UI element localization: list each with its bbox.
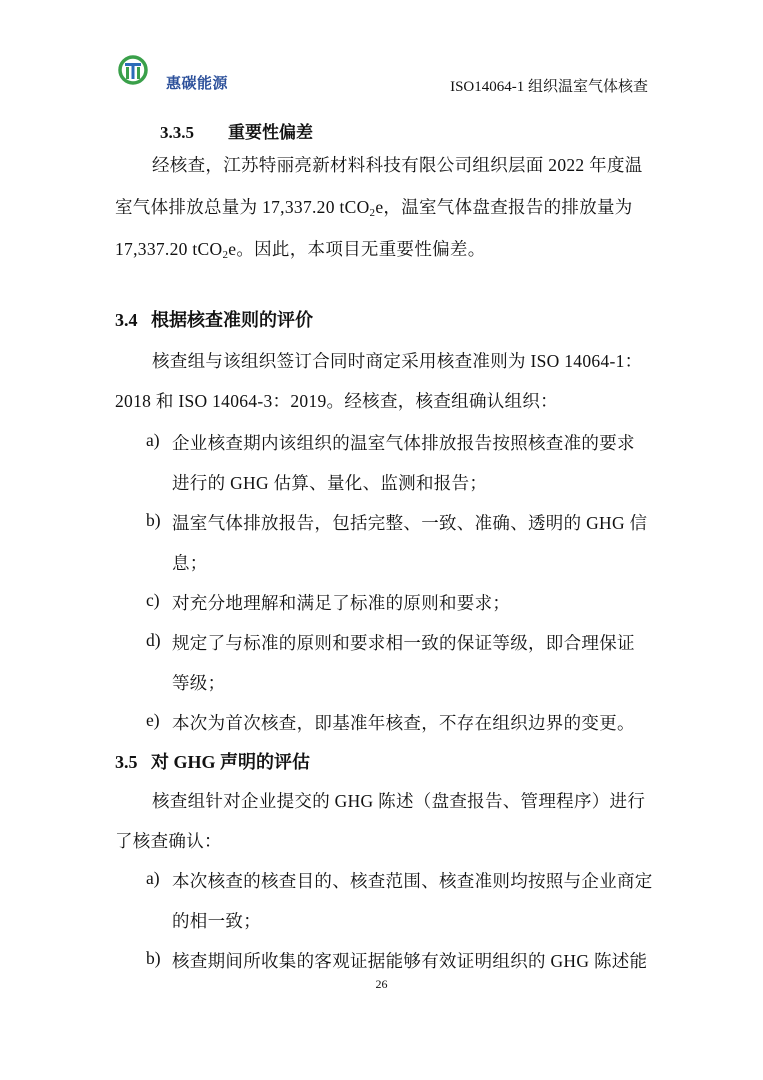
section-title: 重要性偏差 — [228, 123, 313, 142]
paragraph-line: 核查组与该组织签订合同时商定采用核查准则为 ISO 14064-1： — [152, 348, 642, 373]
page-header: 惠碳能源 ISO14064-1 组织温室气体核查 — [118, 55, 648, 95]
list-item-label: e) — [146, 710, 160, 731]
document-page: 惠碳能源 ISO14064-1 组织温室气体核查 3.3.5重要性偏差 经核查，… — [0, 0, 763, 1080]
section-number: 3.3.5 — [160, 123, 228, 143]
list-item: 本次核查的核查目的、核查范围、核查准则均按照与企业商定 — [172, 868, 653, 893]
paragraph-line: 2018 和 ISO 14064-3：2019。经核查，核查组确认组织： — [115, 388, 558, 413]
huitan-logo-icon — [118, 55, 148, 85]
list-item: 息； — [172, 550, 208, 575]
section-heading-3-5: 3.5对 GHG 声明的评估 — [115, 748, 310, 774]
list-item: 进行的 GHG 估算、量化、监测和报告； — [172, 470, 487, 495]
paragraph-line: 了核查确认： — [115, 828, 222, 853]
list-item: 规定了与标准的原则和要求相一致的保证等级，即合理保证 — [172, 630, 635, 655]
list-item: 核查期间所收集的客观证据能够有效证明组织的 GHG 陈述能 — [172, 948, 647, 973]
list-item-label: b) — [146, 948, 161, 969]
list-item: 企业核查期内该组织的温室气体排放报告按照核查准的要求 — [172, 430, 635, 455]
paragraph-line: 经核查，江苏特丽亮新材料科技有限公司组织层面 2022 年度温 — [152, 152, 643, 177]
paragraph-line: 室气体排放总量为 17,337.20 tCO2e，温室气体盘查报告的排放量为 — [115, 194, 633, 219]
list-item: 本次为首次核查，即基准年核查，不存在组织边界的变更。 — [172, 710, 635, 735]
section-heading-3-4: 3.4根据核查准则的评价 — [115, 306, 313, 332]
list-item-label: a) — [146, 430, 160, 451]
list-item: 的相一致； — [172, 908, 261, 933]
list-item-label: b) — [146, 510, 161, 531]
list-item: 对充分地理解和满足了标准的原则和要求； — [172, 590, 510, 615]
list-item-label: d) — [146, 630, 161, 651]
list-item-label: c) — [146, 590, 160, 611]
page-number: 26 — [0, 977, 763, 992]
brand-name: 惠碳能源 — [166, 72, 228, 93]
list-item: 等级； — [172, 670, 225, 695]
list-item: 温室气体排放报告，包括完整、一致、准确、透明的 GHG 信 — [172, 510, 647, 535]
paragraph-line: 核查组针对企业提交的 GHG 陈述（盘查报告、管理程序）进行 — [152, 788, 645, 813]
paragraph-line: 17,337.20 tCO2e。因此，本项目无重要性偏差。 — [115, 236, 486, 261]
list-item-label: a) — [146, 868, 160, 889]
document-title: ISO14064-1 组织温室气体核查 — [450, 75, 648, 96]
section-heading-3-3-5: 3.3.5重要性偏差 — [160, 118, 313, 143]
